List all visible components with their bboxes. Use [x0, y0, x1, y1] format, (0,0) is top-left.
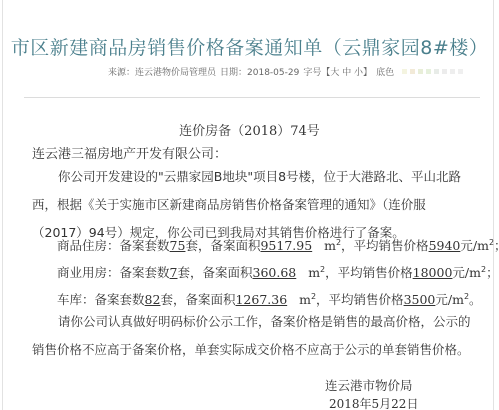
bg-swatch[interactable]: [402, 69, 407, 74]
divider: [24, 97, 480, 98]
paragraph-intro: 你公司开发建设的"云鼎家园B地块"项目8号楼，位于大港路北、平山北路西，根据《关…: [32, 163, 472, 247]
filing-item-residential: 商品住房：备案套数75套，备案面积9517.95 m2，平均销售价格5940元/…: [57, 236, 499, 254]
signature-issuer: 连云港市物价局: [325, 376, 413, 394]
article-meta: 来源：连云港物价局管理员 日期：2018-05-29 字号【大 中 小】 底色: [108, 65, 467, 78]
bg-swatch[interactable]: [418, 69, 423, 74]
filing-item-garage: 车库：备案套数82套，备案面积1267.36 m2，平均销售价格3500元/m2…: [57, 290, 482, 308]
bg-swatch[interactable]: [450, 69, 455, 74]
filing-item-commercial: 商业用房：备案套数7套，备案面积360.68 m2，平均销售价格18000元/m…: [57, 263, 499, 281]
page-title: 市区新建商品房销售价格备案通知单（云鼎家园8#楼）: [0, 33, 499, 60]
addressee: 连云港三福房地产开发有限公司：: [32, 143, 227, 162]
bg-swatch[interactable]: [442, 69, 447, 74]
date-label: 日期：2018-05-29: [220, 65, 299, 78]
source-label: 来源：连云港物价局管理员: [108, 65, 216, 78]
bg-swatch[interactable]: [458, 69, 463, 74]
bg-color-label: 底色: [376, 65, 394, 78]
bg-swatch[interactable]: [426, 69, 431, 74]
font-size-control[interactable]: 字号【大 中 小】: [303, 65, 372, 78]
bg-swatch[interactable]: [434, 69, 439, 74]
bg-color-swatches: [402, 69, 463, 74]
bg-swatch[interactable]: [410, 69, 415, 74]
document-number: 连价房备（2018）74号: [0, 120, 499, 139]
signature-date: 2018年5月22日: [329, 395, 418, 410]
paragraph-notice: 请你公司认真做好明码标价公示工作，备案价格是销售的最高价格，公示的销售价格不应高…: [32, 308, 472, 364]
